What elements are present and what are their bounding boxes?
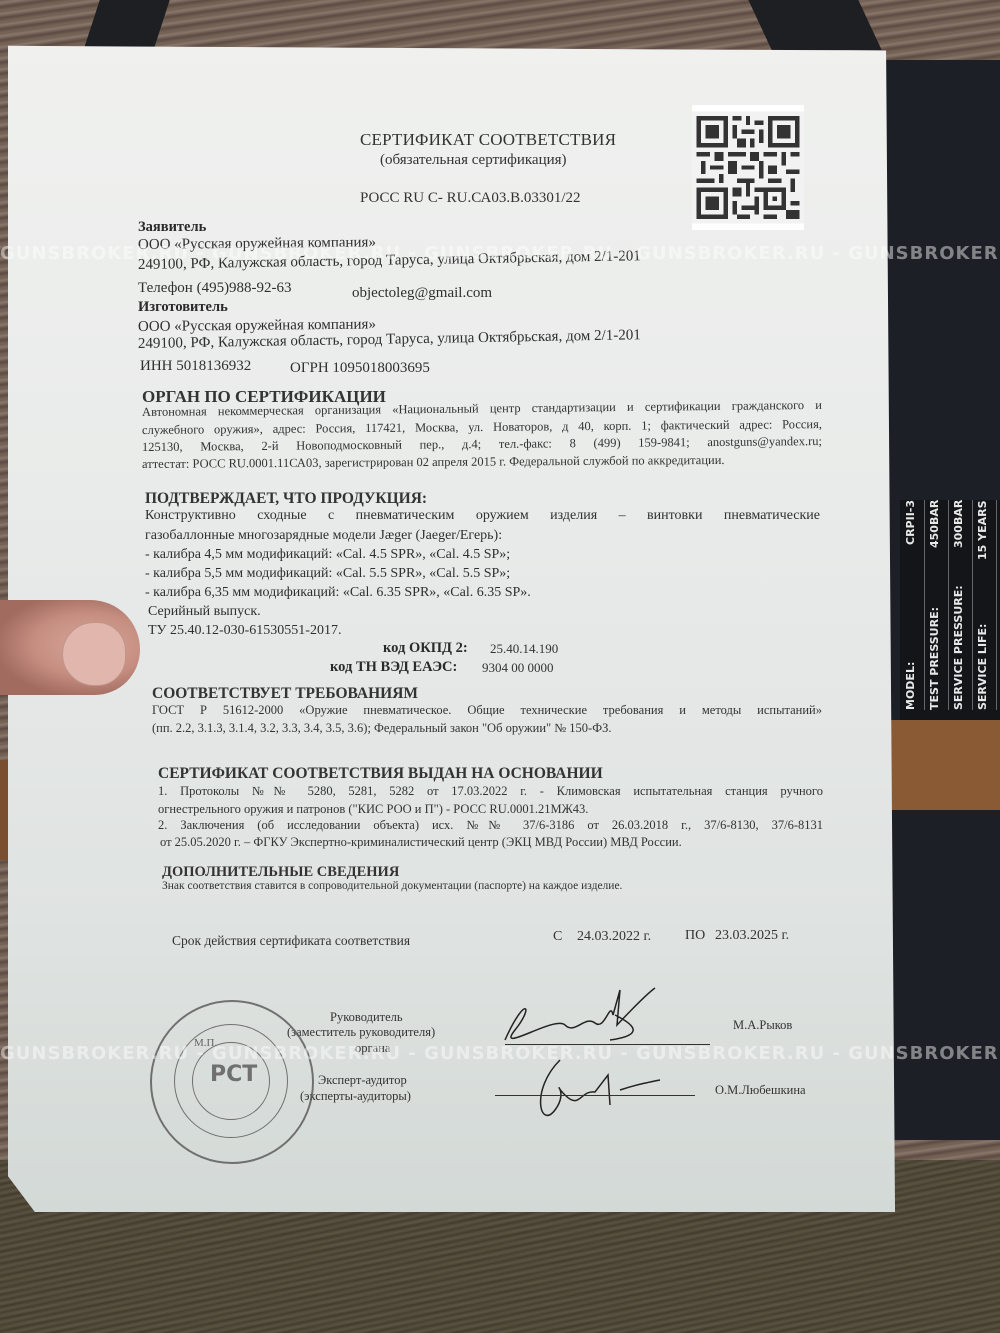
certificate-number: РОСС RU С- RU.СА03.В.03301/22 xyxy=(360,190,581,207)
tnved-label: код ТН ВЭД ЕАЭС: xyxy=(330,659,457,676)
seal-stamp: М.П. РСТ xyxy=(150,1000,314,1164)
requirements-line: (пп. 2.2, 3.1.3, 3.1.4, 3.2, 3.3, 3.4, 3… xyxy=(152,721,611,736)
basis-line: от 25.05.2020 г. – ФГКУ Экспертно-кримин… xyxy=(160,835,682,850)
product-line: Серийный выпуск. xyxy=(148,604,261,620)
product-line: газобаллонные многозарядные модели Jæger… xyxy=(145,528,502,544)
requirements-line: ГОСТ Р 51612-2000 «Оружие пневматическое… xyxy=(152,703,822,718)
product-line: Конструктивно сходные с пневматическим о… xyxy=(145,508,820,524)
expert-signature-line xyxy=(495,1095,695,1096)
okpd-label: код ОКПД 2: xyxy=(383,640,468,657)
watermark: GUNSBROKER.RU - GUNSBROKER.RU - GUNSBROK… xyxy=(0,1043,1000,1064)
requirements-heading: СООТВЕТСТВУЕТ ТРЕБОВАНИЯМ xyxy=(152,685,418,703)
additional-text: Знак соответствия ставится в сопроводите… xyxy=(162,880,622,892)
expert-name: О.М.Любешкина xyxy=(715,1083,806,1098)
document-subtitle: (обязательная сертификация) xyxy=(380,152,567,169)
okpd-value: 25.40.14.190 xyxy=(490,641,558,657)
basis-line: огнестрельного оружия и патронов ("КИС Р… xyxy=(158,802,588,817)
tnved-value: 9304 00 0000 xyxy=(482,660,554,676)
basis-line: 1. Протоколы №№ 5280, 5281, 5282 от 17.0… xyxy=(158,784,823,799)
watermark: GUNSBROKER.RU - GUNSBROKER.RU - GUNSBROK… xyxy=(0,243,1000,264)
basis-heading: СЕРТИФИКАТ СООТВЕТСТВИЯ ВЫДАН НА ОСНОВАН… xyxy=(158,765,603,783)
manufacturer-ogrn: ОГРН 1095018003695 xyxy=(290,360,430,377)
document-title: СЕРТИФИКАТ СООТВЕТСТВИЯ xyxy=(360,130,616,150)
head-name: М.А.Рыков xyxy=(733,1018,792,1033)
validity-to-prefix: ПО xyxy=(685,928,705,944)
qr-code-icon xyxy=(692,105,804,230)
validity-to-date: 23.03.2025 г. xyxy=(715,928,789,944)
product-line: - калибра 4,5 мм модификаций: «Cal. 4.5 … xyxy=(145,547,510,563)
product-line: - калибра 6,35 мм модификаций: «Cal. 6.3… xyxy=(145,585,531,601)
head-label: Руководитель xyxy=(330,1010,403,1025)
rst-logo-icon: РСТ xyxy=(210,1062,257,1087)
product-line: - калибра 5,5 мм модификаций: «Cal. 5.5 … xyxy=(145,566,510,582)
cert-body-line: 125130, Москва, 2-й Новоподмосковный пер… xyxy=(142,434,822,455)
validity-from-date: 24.03.2022 г. xyxy=(577,929,651,945)
basis-line: 2. Заключения (об исследовании объекта) … xyxy=(158,818,823,833)
applicant-phone: Телефон (495)988-92-63 xyxy=(138,280,292,297)
additional-heading: ДОПОЛНИТЕЛЬНЫЕ СВЕДЕНИЯ xyxy=(162,864,399,881)
validity-from-prefix: С xyxy=(553,929,562,945)
manufacturer-inn: ИНН 5018136932 xyxy=(140,358,251,375)
expert-label: Эксперт-аудитор xyxy=(318,1073,407,1088)
applicant-email: objectoleg@gmail.com xyxy=(352,285,492,302)
applicant-label: Заявитель xyxy=(138,219,206,236)
thumbnail xyxy=(62,622,126,686)
cert-body-line: аттестат: РОСС RU.0001.11СА03, зарегистр… xyxy=(142,453,725,472)
head-label: (заместитель руководителя) xyxy=(287,1025,435,1040)
certificate-document: СЕРТИФИКАТ СООТВЕТСТВИЯ (обязательная се… xyxy=(0,0,1000,1333)
validity-label: Срок действия сертификата соответствия xyxy=(172,933,410,949)
product-line: ТУ 25.40.12-030-61530551-2017. xyxy=(148,623,341,639)
expert-label: (эксперты-аудиторы) xyxy=(300,1089,411,1104)
manufacturer-label: Изготовитель xyxy=(138,299,228,316)
product-heading: ПОДТВЕРЖДАЕТ, ЧТО ПРОДУКЦИЯ: xyxy=(145,490,427,508)
